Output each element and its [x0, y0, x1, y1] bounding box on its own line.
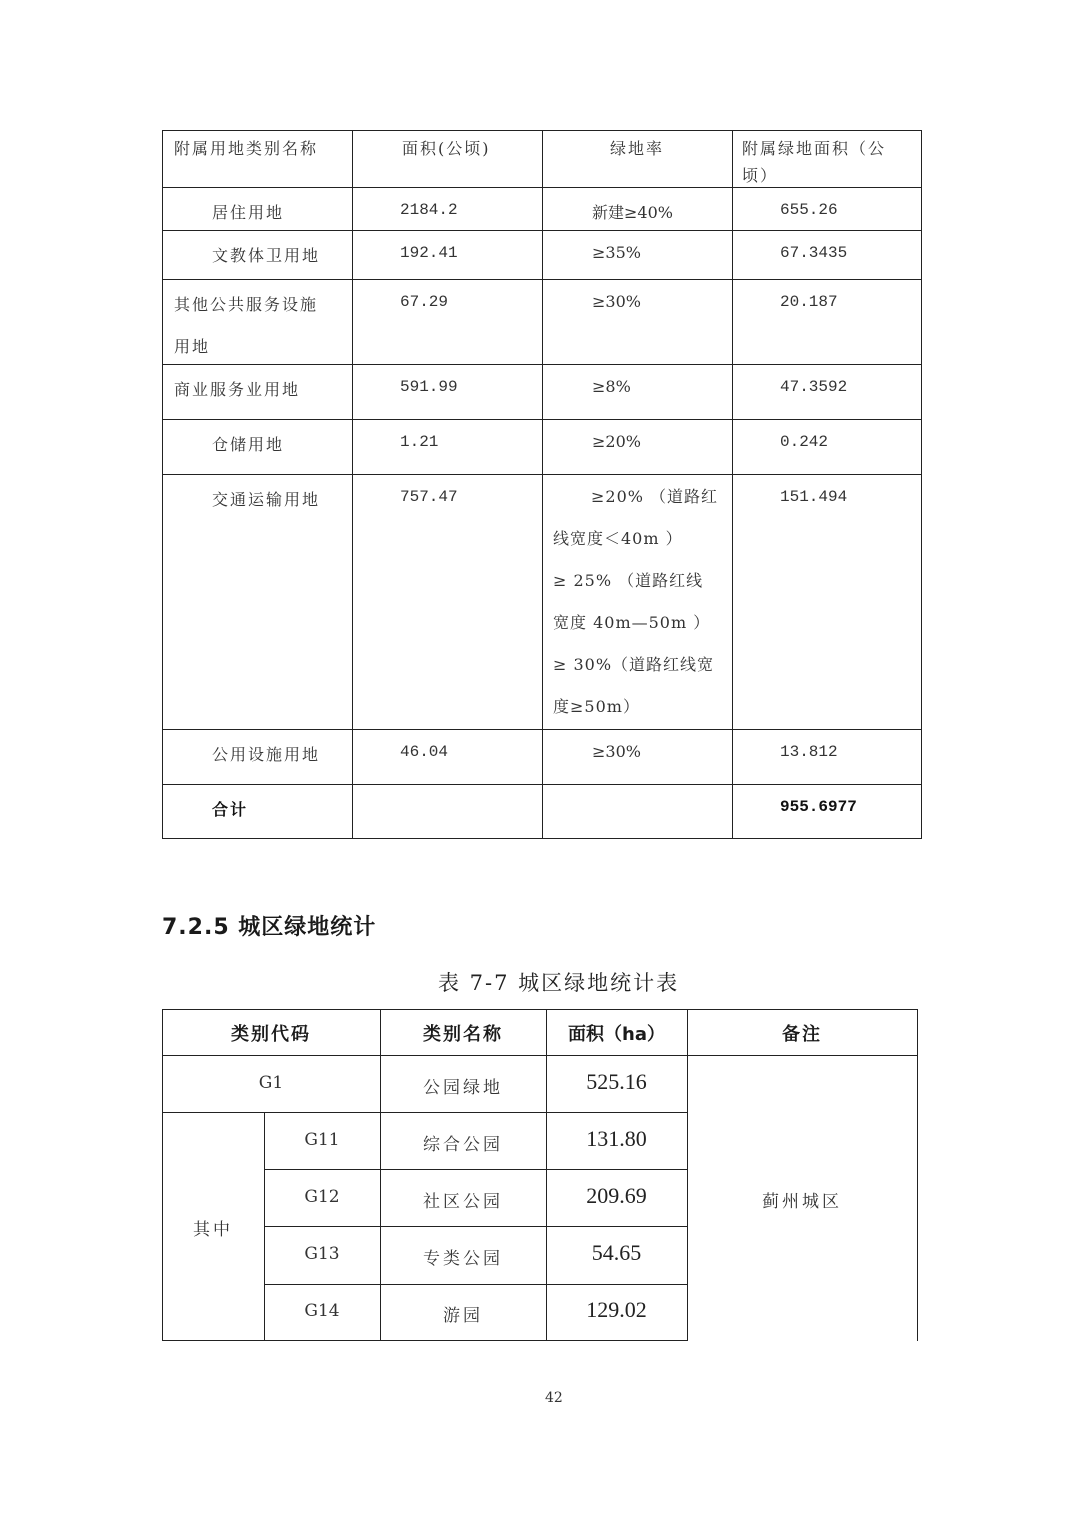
sub-code: G14: [264, 1301, 380, 1321]
sub-area: 209.69: [546, 1183, 687, 1209]
sub-name: 游园: [380, 1301, 546, 1326]
sub-name: 专类公园: [380, 1244, 546, 1269]
cell-rate: ≥8%: [592, 377, 631, 396]
rate-line: ≥20% （道路红: [553, 476, 728, 518]
cell-rate-multiline: ≥20% （道路红 线宽度＜40m ） ≥ 25% （道路红线 宽度 40m—5…: [553, 476, 728, 728]
rate-line: 宽度 40m—50m ）: [553, 602, 728, 644]
cell-area: 2184.2: [400, 201, 458, 219]
rate-line: ≥ 25% （道路红线: [553, 560, 728, 602]
rate-line: 度≥50m）: [553, 686, 728, 728]
table-border: [162, 1009, 917, 1010]
table-border: [162, 130, 163, 839]
total-value: 955.6977: [780, 798, 857, 816]
cell-green: 20.187: [780, 293, 838, 311]
table-border: [921, 130, 922, 839]
cell-green: 13.812: [780, 743, 838, 761]
cell-rate: ≥35%: [592, 243, 641, 262]
header-category: 附属用地类别名称: [174, 136, 318, 159]
cell-area: 46.04: [400, 743, 448, 761]
cell-name: 公用设施用地: [212, 742, 320, 765]
cell-rate: 新建≥40%: [592, 200, 673, 223]
cell-name: 居住用地: [212, 200, 284, 223]
header-area: 面积（ha）: [546, 1020, 687, 1046]
cell-green: 0.242: [780, 433, 828, 451]
page-number: 42: [545, 1390, 563, 1406]
cell-rate: ≥20%: [592, 432, 641, 451]
cell-green: 151.494: [780, 488, 847, 506]
g1-name: 公园绿地: [380, 1073, 546, 1098]
table-border: [264, 1169, 687, 1170]
cell-green: 67.3435: [780, 244, 847, 262]
total-label: 合计: [212, 797, 248, 820]
cell-area: 591.99: [400, 378, 458, 396]
sub-area: 54.65: [546, 1240, 687, 1266]
table-border: [264, 1226, 687, 1227]
table-border: [542, 130, 543, 839]
remark: 蓟州城区: [687, 1187, 917, 1212]
sub-name: 综合公园: [380, 1130, 546, 1155]
sub-code: G11: [264, 1130, 380, 1150]
cell-green: 47.3592: [780, 378, 847, 396]
cell-area: 67.29: [400, 293, 448, 311]
cell-rate: ≥30%: [592, 292, 641, 311]
cell-name: 交通运输用地: [212, 487, 320, 510]
table-caption: 表 7-7 城区绿地统计表: [438, 967, 679, 997]
section-title: 7.2.5 城区绿地统计: [162, 910, 376, 941]
table-border: [162, 1055, 917, 1056]
cell-name: 其他公共服务设施: [174, 292, 318, 315]
table-border: [264, 1284, 687, 1285]
table-border: [732, 130, 733, 839]
table-border: [162, 1009, 163, 1341]
g1-area: 525.16: [546, 1069, 687, 1095]
header-code: 类别代码: [162, 1020, 380, 1046]
header-green-area-cont: 顷）: [742, 163, 778, 186]
sub-code: G13: [264, 1244, 380, 1264]
cell-area: 192.41: [400, 244, 458, 262]
table-border: [380, 1009, 381, 1341]
header-rate: 绿地率: [610, 136, 664, 159]
header-name: 类别名称: [380, 1020, 546, 1046]
cell-name: 商业服务业用地: [174, 377, 300, 400]
cell-area: 757.47: [400, 488, 458, 506]
table-border: [917, 1009, 918, 1341]
sub-code: G12: [264, 1187, 380, 1207]
table-border: [162, 1340, 687, 1341]
table-border: [687, 1009, 688, 1341]
sub-area: 131.80: [546, 1126, 687, 1152]
sub-name: 社区公园: [380, 1187, 546, 1212]
rate-line: ≥ 30%（道路红线宽: [553, 644, 728, 686]
sub-area: 129.02: [546, 1297, 687, 1323]
header-green-area: 附属绿地面积（公: [742, 136, 886, 159]
cell-name: 文教体卫用地: [212, 243, 320, 266]
header-area: 面积(公顷): [402, 136, 491, 159]
cell-name: 仓储用地: [212, 432, 284, 455]
table-border: [546, 1009, 547, 1341]
header-remark: 备注: [687, 1020, 917, 1046]
cell-rate: ≥30%: [592, 742, 641, 761]
cell-area: 1.21: [400, 433, 438, 451]
g1-code: G1: [162, 1073, 380, 1093]
rate-line: 线宽度＜40m ）: [553, 518, 728, 560]
group-label: 其中: [162, 1215, 264, 1240]
cell-green: 655.26: [780, 201, 838, 219]
table-border: [162, 1112, 687, 1113]
table-border: [352, 130, 353, 839]
cell-name-cont: 用地: [174, 334, 210, 357]
